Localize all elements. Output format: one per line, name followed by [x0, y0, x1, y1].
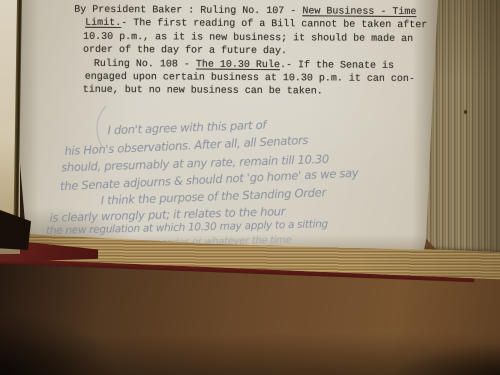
fore-edge-speck — [464, 110, 467, 114]
typewritten-line: tinue, but no new business can be taken. — [83, 84, 442, 100]
handwritten-annotation: I don't agree with this part ofhis Hon's… — [25, 96, 442, 252]
book-photograph: By President Baker : Ruling No. 107 - Ne… — [0, 0, 500, 375]
typewritten-text: By President Baker : Ruling No. 107 - Ne… — [74, 4, 442, 100]
book-page: By President Baker : Ruling No. 107 - Ne… — [18, 0, 442, 252]
handwriting-line: I don't agree with this part of — [107, 118, 266, 138]
